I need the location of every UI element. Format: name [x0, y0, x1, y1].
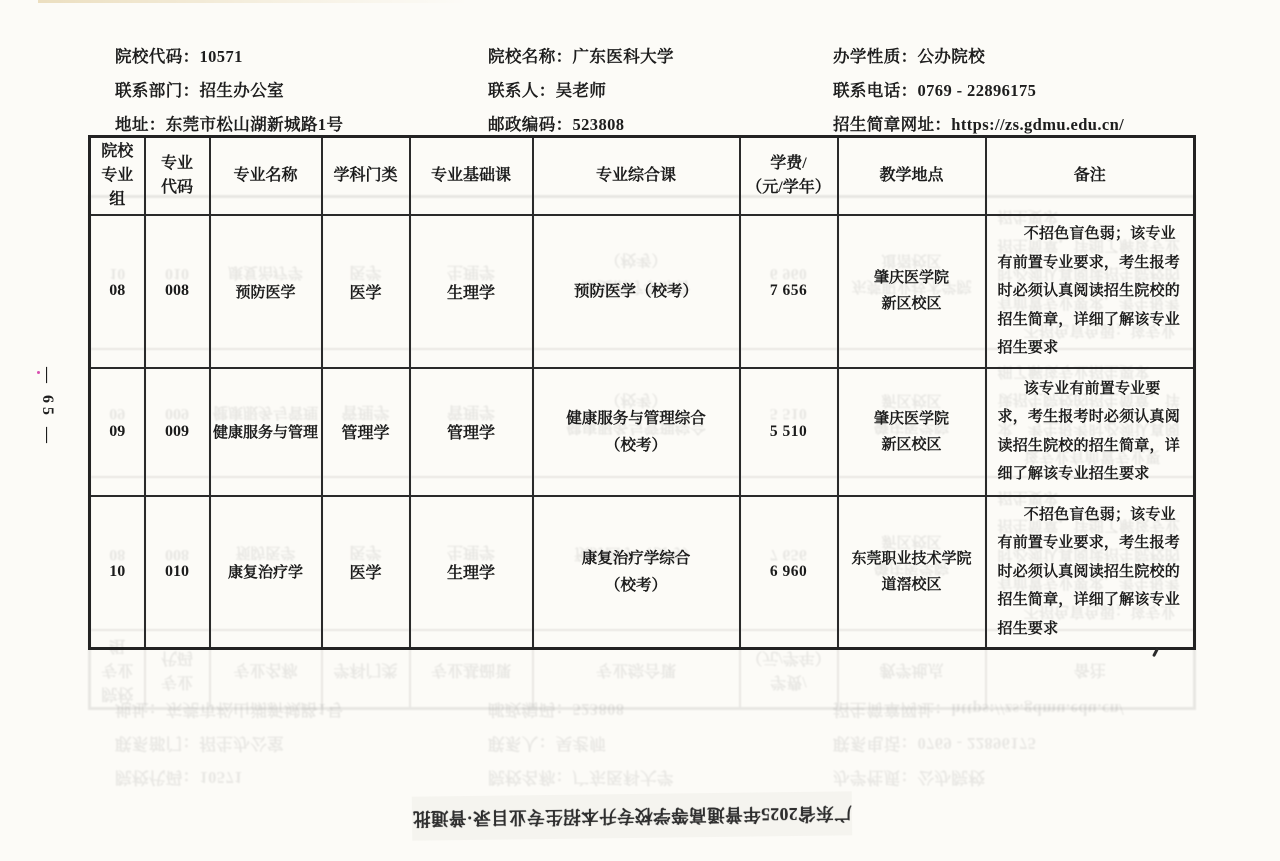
- cell-college-group: 09: [90, 368, 145, 496]
- cell-tuition: 5 510: [740, 368, 838, 496]
- cell-comprehensive-course: 预防医学（校考）: [533, 215, 740, 368]
- col-header-tuition: 学费/（元/学年）: [740, 137, 838, 216]
- cell-basic-course: 生理学: [410, 496, 533, 649]
- cell-basic-course: 生理学: [410, 215, 533, 368]
- cell-major-name: 预防医学: [210, 215, 322, 368]
- bottom-running-title: 广东省2025年普通高等学校专升本招生专业目录·普通批: [412, 791, 853, 840]
- contact-person-line: 联系人：吴老师: [488, 74, 674, 108]
- cell-comprehensive-course: 健康服务与管理综合（校考）: [533, 368, 740, 496]
- table-row: 09 009 健康服务与管理 管理学 管理学 健康服务与管理综合（校考） 5 5…: [90, 368, 1195, 496]
- cell-college-group: 10: [90, 496, 145, 649]
- col-header-teaching-location: 教学地点: [838, 137, 986, 216]
- institution-info-column-left: 院校代码：10571 联系部门：招生办公室 地址：东莞市松山湖新城路1号: [115, 40, 343, 142]
- cell-discipline: 管理学: [322, 368, 410, 496]
- institution-info-column-right: 办学性质：公办院校 联系电话：0769 - 22896175 招生简章网址：ht…: [833, 40, 1124, 142]
- page-number: — 65 —: [38, 357, 56, 457]
- col-header-major-code: 专业代码: [145, 137, 210, 216]
- cell-major-code: 010: [145, 496, 210, 649]
- cell-teaching-location: 肇庆医学院新区校区: [838, 215, 986, 368]
- cell-major-name: 康复治疗学: [210, 496, 322, 649]
- cell-remarks: 不招色盲色弱；该专业有前置专业要求，考生报考时必须认真阅读招生院校的招生简章，详…: [986, 496, 1195, 649]
- cell-discipline: 医学: [322, 496, 410, 649]
- cell-teaching-location: 肇庆医学院新区校区: [838, 368, 986, 496]
- table-row: 10 010 康复治疗学 医学 生理学 康复治疗学综合（校考） 6 960 东莞…: [90, 496, 1195, 649]
- institution-info-block: 院校代码：10571 联系部门：招生办公室 地址：东莞市松山湖新城路1号 院校名…: [115, 40, 1195, 142]
- institution-code-line: 院校代码：10571: [115, 40, 343, 74]
- cell-discipline: 医学: [322, 215, 410, 368]
- cell-remarks: 该专业有前置专业要求，考生报考时必须认真阅读招生院校的招生简章，详细了解该专业招…: [986, 368, 1195, 496]
- cell-basic-course: 管理学: [410, 368, 533, 496]
- institution-type-line: 办学性质：公办院校: [833, 40, 1124, 74]
- cell-college-group: 08: [90, 215, 145, 368]
- col-header-college-group: 院校专业组: [90, 137, 145, 216]
- col-header-discipline: 学科门类: [322, 137, 410, 216]
- cell-tuition: 6 960: [740, 496, 838, 649]
- cell-major-name: 健康服务与管理: [210, 368, 322, 496]
- col-header-remarks: 备注: [986, 137, 1195, 216]
- scan-edge-artifact: [38, 0, 468, 3]
- cell-teaching-location: 东莞职业技术学院道滘校区: [838, 496, 986, 649]
- pink-speck: [37, 371, 40, 374]
- cell-major-code: 009: [145, 368, 210, 496]
- table-header-row: 院校专业组 专业代码 专业名称 学科门类 专业基础课 专业综合课 学费/（元/学…: [90, 137, 1195, 216]
- cell-remarks: 不招色盲色弱；该专业有前置专业要求，考生报考时必须认真阅读招生院校的招生简章，详…: [986, 215, 1195, 368]
- majors-table: 院校专业组 专业代码 专业名称 学科门类 专业基础课 专业综合课 学费/（元/学…: [88, 135, 1196, 650]
- phone-line: 联系电话：0769 - 22896175: [833, 74, 1124, 108]
- col-header-basic-course: 专业基础课: [410, 137, 533, 216]
- institution-name-line: 院校名称：广东医科大学: [488, 40, 674, 74]
- cell-tuition: 7 656: [740, 215, 838, 368]
- scanned-page: 院校代码：10571 联系部门：招生办公室 地址：东莞市松山湖新城路1号 院校名…: [0, 0, 1280, 861]
- cell-major-code: 008: [145, 215, 210, 368]
- col-header-comprehensive-course: 专业综合课: [533, 137, 740, 216]
- contact-department-line: 联系部门：招生办公室: [115, 74, 343, 108]
- cell-comprehensive-course: 康复治疗学综合（校考）: [533, 496, 740, 649]
- institution-info-column-middle: 院校名称：广东医科大学 联系人：吴老师 邮政编码：523808: [488, 40, 674, 142]
- col-header-major-name: 专业名称: [210, 137, 322, 216]
- table-row: 08 008 预防医学 医学 生理学 预防医学（校考） 7 656 肇庆医学院新…: [90, 215, 1195, 368]
